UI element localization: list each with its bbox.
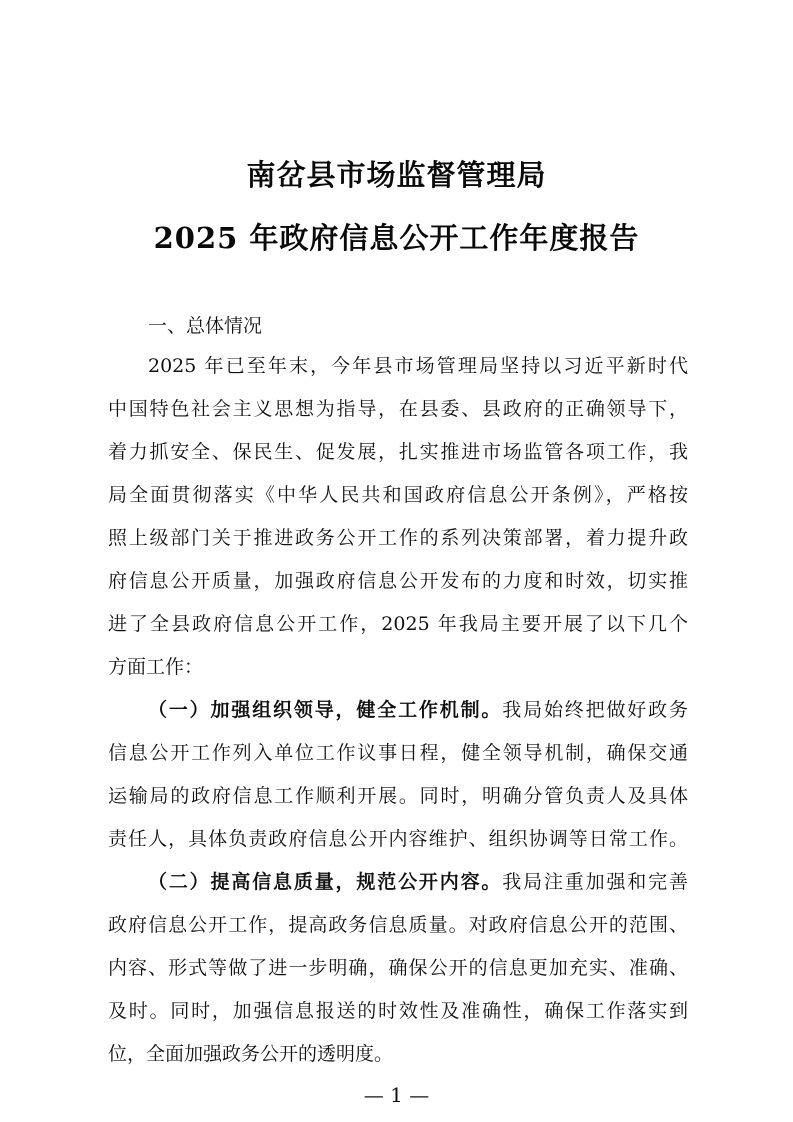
paragraph-line: 及时。同时，加强信息报送的时效性及准确性，确保工作落实到 <box>108 997 688 1025</box>
paragraph-line: 位，全面加强政务公开的透明度。 <box>108 1040 688 1068</box>
section-heading-overview: 一、总体情况 <box>148 311 262 338</box>
item-1-text: 我局始终把做好政务 <box>502 699 688 721</box>
paragraph-line: 2025 年已至年末，今年县市场管理局坚持以习近平新时代 <box>148 352 688 380</box>
item-1-first-line: （一）加强组织领导，健全工作机制。我局始终把做好政务 <box>148 696 688 724</box>
page-number: — 1 — <box>0 1083 793 1107</box>
paragraph-line: 照上级部门关于推进政务公开工作的系列决策部署，着力提升政 <box>108 524 688 552</box>
item-2-text: 我局注重加强和完善 <box>502 871 688 893</box>
paragraph-line: 进了全县政府信息公开工作，2025 年我局主要开展了以下几个 <box>108 610 688 638</box>
paragraph-line: 信息公开工作列入单位工作议事日程，健全领导机制，确保交通 <box>108 739 688 767</box>
paragraph-line: 政府信息公开工作，提高政务信息质量。对政府信息公开的范围、 <box>108 911 688 939</box>
paragraph-line: 责任人，具体负责政府信息公开内容维护、组织协调等日常工作。 <box>108 825 688 853</box>
paragraph-line: 府信息公开质量，加强政府信息公开发布的力度和时效，切实推 <box>108 567 688 595</box>
item-2-first-line: （二）提高信息质量，规范公开内容。我局注重加强和完善 <box>148 868 688 896</box>
paragraph-line: 运输局的政府信息工作顺利开展。同时，明确分管负责人及具体 <box>108 782 688 810</box>
paragraph-line: 方面工作： <box>108 653 688 681</box>
title-report: 2025 年政府信息公开工作年度报告 <box>0 216 793 257</box>
paragraph-line: 着力抓安全、保民生、促发展，扎实推进市场监管各项工作，我 <box>108 438 688 466</box>
paragraph-line: 内容、形式等做了进一步明确，确保公开的信息更加充实、准确、 <box>108 954 688 982</box>
paragraph-line: 中国特色社会主义思想为指导，在县委、县政府的正确领导下， <box>108 395 688 423</box>
paragraph-line: 局全面贯彻落实《中华人民共和国政府信息公开条例》，严格按 <box>108 481 688 509</box>
item-2-lead: （二）提高信息质量，规范公开内容。 <box>148 871 502 893</box>
item-1-lead: （一）加强组织领导，健全工作机制。 <box>148 699 502 721</box>
document-page: 南岔县市场监督管理局 2025 年政府信息公开工作年度报告 一、总体情况 202… <box>0 0 793 1122</box>
title-agency: 南岔县市场监督管理局 <box>0 153 793 194</box>
